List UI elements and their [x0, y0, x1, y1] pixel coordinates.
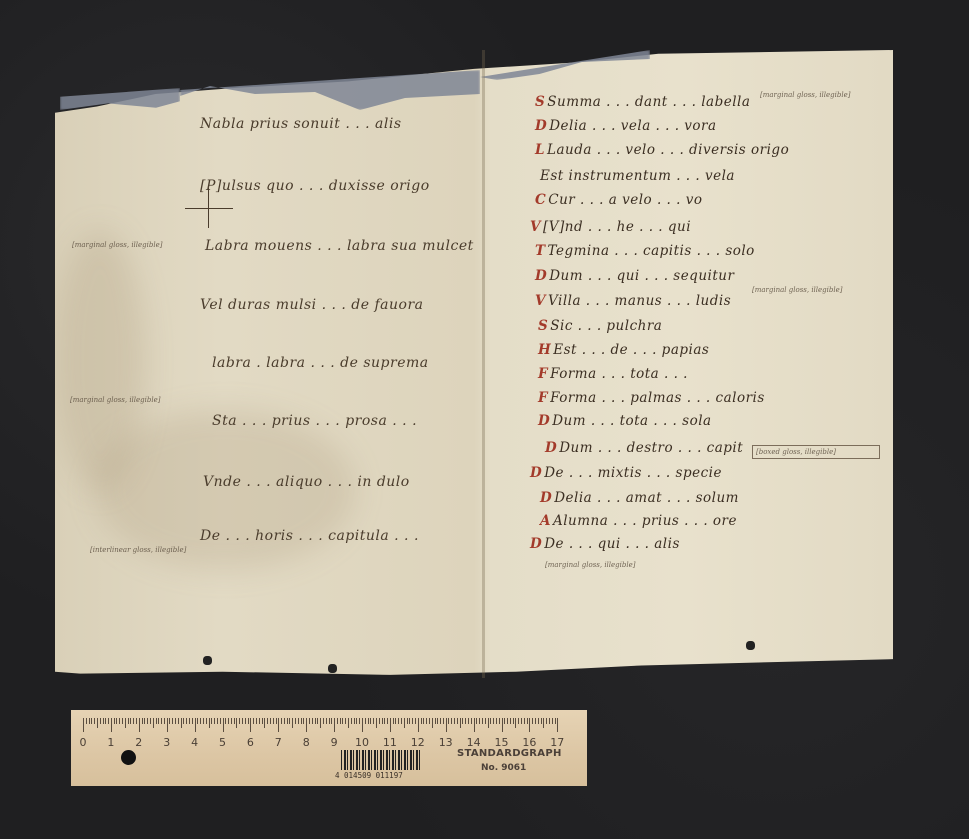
ruler-brand: STANDARDGRAPH	[457, 748, 562, 759]
text-line: Nabla prius sonuit . . . alis	[200, 116, 402, 132]
ruler-tick	[465, 718, 466, 724]
ruler-tick	[504, 718, 505, 724]
ruler-tick	[239, 718, 240, 724]
center-fold	[482, 50, 485, 678]
ruler-tick	[128, 718, 129, 724]
ruler-tick	[236, 718, 237, 728]
ruler-tick	[365, 718, 366, 724]
ruler-number: 7	[275, 736, 282, 749]
ruler-tick	[535, 718, 536, 724]
ruler-tick	[303, 718, 304, 724]
ruler-tick	[490, 718, 491, 724]
ruler-tick	[331, 718, 332, 724]
ruler-tick	[376, 718, 377, 728]
ruler-tick	[248, 718, 249, 724]
ruler-tick	[253, 718, 254, 724]
ruler-tick	[164, 718, 165, 724]
ruler-tick	[200, 718, 201, 724]
ruler-tick	[172, 718, 173, 724]
ruler-tick	[292, 718, 293, 728]
ruler-tick	[373, 718, 374, 724]
rubric-initial: D	[540, 490, 552, 506]
ruler-tick	[471, 718, 472, 724]
ruler-tick	[552, 718, 553, 724]
ruler-tick	[103, 718, 104, 724]
ruler-tick	[211, 718, 212, 724]
ruler-tick	[276, 718, 277, 724]
ruler-tick	[234, 718, 235, 724]
ruler-tick	[524, 718, 525, 724]
text-line: DDe . . . qui . . . alis	[530, 536, 680, 552]
ruler-tick	[256, 718, 257, 724]
ruler-tick	[323, 718, 324, 724]
ruler-tick	[513, 718, 514, 724]
ruler-tick	[259, 718, 260, 724]
ruler-number: 4	[191, 736, 198, 749]
ruler-tick	[186, 718, 187, 724]
ruler-tick	[390, 718, 391, 732]
ruler-tick	[354, 718, 355, 724]
ruler-number: 14	[467, 736, 481, 749]
ruler-tick	[555, 718, 556, 724]
ruler-tick	[379, 718, 380, 724]
ruler-number: 16	[522, 736, 536, 749]
ruler-tick	[111, 718, 112, 732]
rubric-initial: D	[535, 118, 547, 134]
ruler-tick	[231, 718, 232, 724]
ruler-tick	[105, 718, 106, 724]
ruler-tick	[532, 718, 533, 724]
ruler-tick	[108, 718, 109, 724]
ruler-tick	[167, 718, 168, 732]
ruler-tick	[287, 718, 288, 724]
ruler-tick	[407, 718, 408, 724]
text-line: DDelia . . . amat . . . solum	[540, 490, 739, 506]
ruler-tick	[462, 718, 463, 724]
ruler-tick	[401, 718, 402, 724]
ruler-tick	[306, 718, 307, 732]
ruler-tick	[493, 718, 494, 724]
ruler-tick	[169, 718, 170, 724]
text-line: CCur . . . a velo . . . vo	[535, 192, 702, 208]
ruler-tick	[114, 718, 115, 724]
ruler-number: 13	[439, 736, 453, 749]
margin-note: [marginal gloss, illegible]	[752, 285, 887, 295]
ruler-number: 3	[163, 736, 170, 749]
scale-ruler: 4 014509 011197 STANDARDGRAPH No. 9061 0…	[71, 710, 587, 786]
ruler-number: 8	[303, 736, 310, 749]
ruler-tick	[309, 718, 310, 724]
ruler-tick	[175, 718, 176, 724]
ruler-tick	[393, 718, 394, 724]
ruler-tick	[116, 718, 117, 724]
ruler-tick	[270, 718, 271, 724]
ruler-tick	[368, 718, 369, 724]
ruler-tick	[209, 718, 210, 728]
boxed-note: [boxed gloss, illegible]	[752, 445, 880, 459]
ruler-tick	[183, 718, 184, 724]
ruler-number: 12	[411, 736, 425, 749]
ruler-tick	[150, 718, 151, 724]
ruler-tick	[273, 718, 274, 724]
ruler-tick	[206, 718, 207, 724]
ruler-tick	[153, 718, 154, 728]
ruler-tick	[412, 718, 413, 724]
ruler-tick	[395, 718, 396, 724]
ruler-tick	[139, 718, 140, 732]
ruler-tick	[502, 718, 503, 732]
text-line: DDum . . . destro . . . capit	[545, 440, 743, 456]
ruler-tick	[345, 718, 346, 724]
ruler-tick	[83, 718, 84, 732]
ruler-tick	[527, 718, 528, 724]
ruler-tick	[214, 718, 215, 724]
ruler-tick	[518, 718, 519, 724]
text-line: Vel duras mulsi . . . de fauora	[200, 297, 423, 313]
ruler-tick	[315, 718, 316, 724]
ruler-tick	[418, 718, 419, 732]
ruler-tick	[147, 718, 148, 724]
ruler-tick	[423, 718, 424, 724]
ruler-tick	[485, 718, 486, 724]
ruler-tick	[404, 718, 405, 728]
rubric-initial: D	[530, 465, 542, 481]
ruler-tick	[549, 718, 550, 724]
ruler-tick	[161, 718, 162, 724]
text-line: [P]ulsus quo . . . duxisse origo	[200, 178, 430, 194]
text-line: labra . labra . . . de suprema	[212, 355, 429, 371]
text-line: VVilla . . . manus . . . ludis	[535, 293, 731, 309]
ruler-tick	[267, 718, 268, 724]
margin-note: [marginal gloss, illegible]	[70, 395, 200, 405]
rubric-initial: F	[538, 366, 548, 382]
ruler-tick	[262, 718, 263, 724]
ruler-tick	[289, 718, 290, 724]
ruler-tick	[195, 718, 196, 732]
cross-mark	[208, 188, 209, 228]
ruler-tick	[359, 718, 360, 724]
ruler-tick	[197, 718, 198, 724]
margin-note: [marginal gloss, illegible]	[545, 560, 885, 570]
worm-hole	[746, 641, 755, 650]
rubric-initial: T	[535, 243, 546, 259]
text-line: V[V]nd . . . he . . . qui	[530, 219, 691, 235]
ruler-tick	[409, 718, 410, 724]
margin-note: [marginal gloss, illegible]	[760, 90, 885, 100]
ruler-tick	[178, 718, 179, 724]
ruler-tick	[421, 718, 422, 724]
rubric-initial: L	[535, 142, 545, 158]
text-line: FForma . . . tota . . .	[538, 366, 688, 382]
worm-hole	[203, 656, 212, 665]
text-line: SSumma . . . dant . . . labella	[535, 94, 750, 110]
margin-note: [interlinear gloss, illegible]	[90, 545, 470, 555]
cross-mark	[185, 208, 233, 209]
ruler-tick	[245, 718, 246, 724]
ruler-tick	[278, 718, 279, 732]
ruler-tick	[426, 718, 427, 724]
barcode	[341, 750, 421, 770]
ruler-tick	[189, 718, 190, 724]
rubric-initial: D	[538, 413, 550, 429]
ruler-tick	[156, 718, 157, 724]
ruler-tick	[317, 718, 318, 724]
ruler-tick	[348, 718, 349, 728]
ruler-tick	[362, 718, 363, 732]
ruler-tick	[130, 718, 131, 724]
ruler-tick	[482, 718, 483, 724]
ruler-tick	[507, 718, 508, 724]
ruler-tick	[203, 718, 204, 724]
text-line: HEst . . . de . . . papias	[538, 342, 709, 358]
ruler-tick	[119, 718, 120, 724]
ruler-tick	[557, 718, 558, 732]
ruler-tick	[334, 718, 335, 732]
text-line: TTegmina . . . capitis . . . solo	[535, 243, 755, 259]
ruler-tick	[312, 718, 313, 724]
text-line: Vnde . . . aliquo . . . in dulo	[203, 474, 410, 490]
ruler-tick	[94, 718, 95, 724]
ruler-tick	[144, 718, 145, 724]
ruler-number: 10	[355, 736, 369, 749]
ruler-tick	[510, 718, 511, 724]
ruler-tick	[457, 718, 458, 724]
rubric-initial: S	[538, 318, 548, 334]
ruler-tick	[488, 718, 489, 728]
ruler-tick	[443, 718, 444, 724]
text-line: DDum . . . tota . . . sola	[538, 413, 712, 429]
ruler-tick	[415, 718, 416, 724]
ruler-number: 5	[219, 736, 226, 749]
ruler-tick	[340, 718, 341, 724]
text-line: DDelia . . . vela . . . vora	[535, 118, 717, 134]
ruler-tick	[217, 718, 218, 724]
ruler-tick	[86, 718, 87, 724]
ruler-tick	[446, 718, 447, 732]
ruler-tick	[356, 718, 357, 724]
ruler-tick	[264, 718, 265, 728]
rubric-initial: A	[540, 513, 551, 529]
ruler-tick	[496, 718, 497, 724]
ruler-tick	[351, 718, 352, 724]
ruler-number: 2	[135, 736, 142, 749]
rubric-initial: D	[535, 268, 547, 284]
rubric-initial: V	[530, 219, 541, 235]
ruler-tick	[122, 718, 123, 724]
ruler-number: 17	[550, 736, 564, 749]
ruler-tick	[223, 718, 224, 732]
text-line: FForma . . . palmas . . . caloris	[538, 390, 765, 406]
ruler-tick	[432, 718, 433, 728]
ruler-tick	[429, 718, 430, 724]
text-line: LLauda . . . velo . . . diversis origo	[535, 142, 789, 158]
ruler-number: 11	[383, 736, 397, 749]
ruler-tick	[326, 718, 327, 724]
ruler-tick	[543, 718, 544, 728]
ruler-tick	[337, 718, 338, 724]
text-line: De . . . horis . . . capitula . . .	[200, 528, 419, 544]
edge-stain	[55, 230, 145, 490]
rubric-initial: D	[545, 440, 557, 456]
text-line: SSic . . . pulchra	[538, 318, 662, 334]
ruler-number: 6	[247, 736, 254, 749]
barcode-number: 4 014509 011197	[335, 771, 403, 780]
rubric-initial: F	[538, 390, 548, 406]
ruler-tick	[479, 718, 480, 724]
ruler-tick	[440, 718, 441, 724]
ruler-tick	[384, 718, 385, 724]
ruler-tick	[284, 718, 285, 724]
ruler-tick	[250, 718, 251, 732]
ruler-tick	[476, 718, 477, 724]
ruler-tick	[499, 718, 500, 724]
ruler-tick	[468, 718, 469, 724]
text-line: AAlumna . . . prius . . . ore	[540, 513, 737, 529]
worm-hole	[328, 664, 337, 673]
ruler-number: 1	[107, 736, 114, 749]
ruler-tick	[342, 718, 343, 724]
rubric-initial: V	[535, 293, 546, 309]
ruler-tick	[460, 718, 461, 728]
text-line: Est instrumentum . . . vela	[540, 168, 735, 184]
ruler-number: 9	[331, 736, 338, 749]
text-line: DDum . . . qui . . . sequitur	[535, 268, 734, 284]
ruler-model: No. 9061	[481, 763, 526, 773]
ruler-tick	[97, 718, 98, 728]
ruler-tick	[301, 718, 302, 724]
ruler-tick	[387, 718, 388, 724]
ruler-tick	[546, 718, 547, 724]
ruler-tick	[398, 718, 399, 724]
ruler-tick	[228, 718, 229, 724]
text-line: Labra mouens . . . labra sua mulcet	[205, 238, 474, 254]
ruler-tick	[281, 718, 282, 724]
ruler-tick	[298, 718, 299, 724]
ruler-tick	[382, 718, 383, 724]
ruler-tick	[474, 718, 475, 732]
ruler-tick	[295, 718, 296, 724]
rubric-initial: H	[538, 342, 551, 358]
ruler-tick	[521, 718, 522, 724]
ruler-tick	[242, 718, 243, 724]
ruler-tick	[142, 718, 143, 724]
rubric-initial: S	[535, 94, 545, 110]
ruler-tick	[451, 718, 452, 724]
ruler-tick	[158, 718, 159, 724]
ruler-number: 15	[495, 736, 509, 749]
ruler-number: 0	[80, 736, 87, 749]
ruler-tick	[541, 718, 542, 724]
ruler-tick	[529, 718, 530, 732]
ruler-tick	[454, 718, 455, 724]
ruler-tick	[435, 718, 436, 724]
text-line: Sta . . . prius . . . prosa . . .	[212, 413, 417, 429]
ruler-hole	[121, 750, 136, 765]
ruler-tick	[515, 718, 516, 728]
ruler-tick	[220, 718, 221, 724]
ruler-tick	[225, 718, 226, 724]
ruler-tick	[448, 718, 449, 724]
ruler-tick	[329, 718, 330, 724]
rubric-initial: C	[535, 192, 546, 208]
ruler-tick	[370, 718, 371, 724]
ruler-tick	[133, 718, 134, 724]
ruler-tick	[538, 718, 539, 724]
ruler-tick	[181, 718, 182, 728]
ruler-tick	[91, 718, 92, 724]
rubric-initial: D	[530, 536, 542, 552]
ruler-tick	[320, 718, 321, 728]
ruler-tick	[437, 718, 438, 724]
ruler-tick	[125, 718, 126, 728]
ruler-tick	[89, 718, 90, 724]
ruler-tick	[100, 718, 101, 724]
ruler-tick	[192, 718, 193, 724]
text-line: DDe . . . mixtis . . . specie	[530, 465, 722, 481]
ruler-tick	[136, 718, 137, 724]
margin-note: [marginal gloss, illegible]	[72, 240, 192, 250]
